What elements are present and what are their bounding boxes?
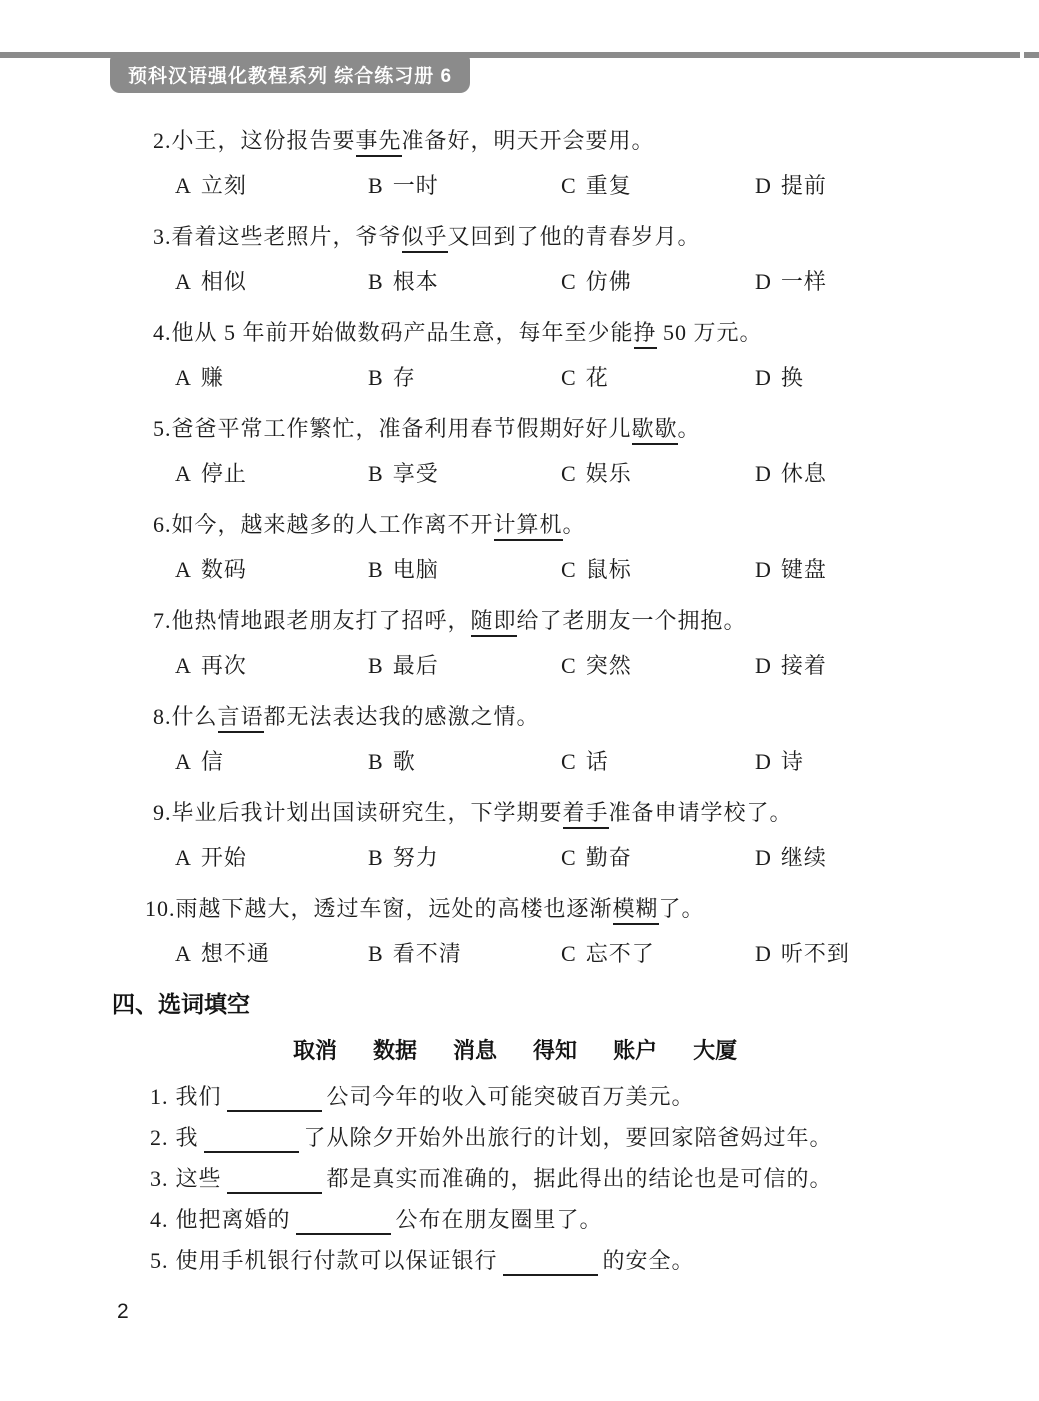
question-item: 10.雨越下越大，透过车窗，远处的高楼也逐渐模糊了。 A想不通 B看不清 C忘不… bbox=[153, 894, 1039, 969]
item-number: 1. bbox=[150, 1084, 169, 1109]
option-letter: A bbox=[175, 845, 192, 870]
item-text-pre: 这些 bbox=[176, 1166, 222, 1191]
option-text: 存 bbox=[393, 365, 416, 390]
item-text-post: 公司今年的收入可能突破百万美元。 bbox=[327, 1084, 695, 1109]
question-number: 8. bbox=[153, 704, 172, 729]
stem-text-pre: 小王，这份报告要 bbox=[172, 128, 356, 153]
option-letter: A bbox=[175, 269, 192, 294]
underlined-word: 着手 bbox=[563, 800, 609, 829]
options-row: A立刻 B一时 C重复 D提前 bbox=[175, 171, 1039, 201]
option-letter: A bbox=[175, 653, 192, 678]
item-number: 5. bbox=[150, 1248, 169, 1273]
word-bank-item: 账户 bbox=[613, 1038, 657, 1064]
option-text: 提前 bbox=[781, 173, 827, 198]
underlined-word: 歇歇 bbox=[632, 416, 678, 445]
word-bank-item: 数据 bbox=[373, 1038, 417, 1064]
option-c: C勤奋 bbox=[561, 843, 755, 873]
question-item: 2.小王，这份报告要事先准备好，明天开会要用。 A立刻 B一时 C重复 D提前 bbox=[153, 126, 1039, 201]
underlined-word: 事先 bbox=[356, 128, 402, 157]
option-letter: D bbox=[755, 749, 772, 774]
stem-text-post: 了。 bbox=[659, 896, 705, 921]
option-letter: D bbox=[755, 173, 772, 198]
option-c: C娱乐 bbox=[561, 459, 755, 489]
option-letter: B bbox=[368, 749, 384, 774]
option-letter: C bbox=[561, 269, 577, 294]
item-text-post: 了从除夕开始外出旅行的计划，要回家陪爸妈过年。 bbox=[304, 1125, 833, 1150]
word-bank-item: 大厦 bbox=[693, 1038, 737, 1064]
stem-text-post: 准备好，明天开会要用。 bbox=[402, 128, 655, 153]
stem-text-pre: 如今，越来越多的人工作离不开 bbox=[172, 512, 494, 537]
option-d: D休息 bbox=[755, 459, 1039, 489]
option-text: 开始 bbox=[201, 845, 247, 870]
question-item: 5.爸爸平常工作繁忙，准备利用春节假期好好儿歇歇。 A停止 B享受 C娱乐 D休… bbox=[153, 414, 1039, 489]
option-text: 突然 bbox=[586, 653, 632, 678]
item-number: 3. bbox=[150, 1166, 169, 1191]
option-letter: D bbox=[755, 845, 772, 870]
question-stem: 7.他热情地跟老朋友打了招呼，随即给了老朋友一个拥抱。 bbox=[153, 606, 1039, 636]
option-letter: D bbox=[755, 269, 772, 294]
option-b: B存 bbox=[368, 363, 561, 393]
option-text: 电脑 bbox=[393, 557, 439, 582]
option-text: 诗 bbox=[781, 749, 804, 774]
option-a: A停止 bbox=[175, 459, 368, 489]
question-number: 4. bbox=[153, 320, 172, 345]
option-text: 看不清 bbox=[393, 941, 462, 966]
option-text: 数码 bbox=[201, 557, 247, 582]
option-b: B努力 bbox=[368, 843, 561, 873]
series-title-badge: 预科汉语强化教程系列 综合练习册 6 bbox=[110, 55, 470, 93]
option-letter: D bbox=[755, 365, 772, 390]
option-text: 想不通 bbox=[201, 941, 270, 966]
stem-text-pre: 看着这些老照片，爷爷 bbox=[172, 224, 402, 249]
item-text-pre: 我们 bbox=[176, 1084, 222, 1109]
underlined-word: 似乎 bbox=[402, 224, 448, 253]
option-text: 鼠标 bbox=[586, 557, 632, 582]
item-text-post: 公布在朋友圈里了。 bbox=[396, 1207, 603, 1232]
question-number: 5. bbox=[153, 416, 172, 441]
item-text-post: 都是真实而准确的，据此得出的结论也是可信的。 bbox=[327, 1166, 833, 1191]
underlined-word: 言语 bbox=[218, 704, 264, 733]
option-letter: A bbox=[175, 557, 192, 582]
item-text-pre: 使用手机银行付款可以保证银行 bbox=[176, 1248, 498, 1273]
option-letter: C bbox=[561, 365, 577, 390]
stem-text-pre: 什么 bbox=[172, 704, 218, 729]
question-number: 6. bbox=[153, 512, 172, 537]
question-item: 7.他热情地跟老朋友打了招呼，随即给了老朋友一个拥抱。 A再次 B最后 C突然 … bbox=[153, 606, 1039, 681]
option-d: D接着 bbox=[755, 651, 1039, 681]
option-d: D提前 bbox=[755, 171, 1039, 201]
question-item: 3.看着这些老照片，爷爷似乎又回到了他的青春岁月。 A相似 B根本 C仿佛 D一… bbox=[153, 222, 1039, 297]
question-stem: 3.看着这些老照片，爷爷似乎又回到了他的青春岁月。 bbox=[153, 222, 1039, 252]
option-c: C突然 bbox=[561, 651, 755, 681]
option-text: 停止 bbox=[201, 461, 247, 486]
question-number: 3. bbox=[153, 224, 172, 249]
stem-text-post: 都无法表达我的感激之情。 bbox=[264, 704, 540, 729]
option-letter: C bbox=[561, 461, 577, 486]
option-a: A数码 bbox=[175, 555, 368, 585]
option-d: D键盘 bbox=[755, 555, 1039, 585]
word-bank-item: 得知 bbox=[533, 1038, 577, 1064]
item-text-pre: 他把离婚的 bbox=[176, 1207, 291, 1232]
stem-text-post: 。 bbox=[563, 512, 586, 537]
question-stem: 9.毕业后我计划出国读研究生，下学期要着手准备申请学校了。 bbox=[153, 798, 1039, 828]
option-letter: C bbox=[561, 173, 577, 198]
options-row: A相似 B根本 C仿佛 D一样 bbox=[175, 267, 1039, 297]
fill-in-items: 1.我们公司今年的收入可能突破百万美元。 2.我了从除夕开始外出旅行的计划，要回… bbox=[150, 1076, 1039, 1281]
page-number: 2 bbox=[117, 1300, 129, 1324]
option-a: A信 bbox=[175, 747, 368, 777]
option-text: 最后 bbox=[393, 653, 439, 678]
series-title-label: 预科汉语强化教程系列 综合练习册 6 bbox=[128, 61, 452, 88]
word-bank-item: 消息 bbox=[453, 1038, 497, 1064]
option-c: C话 bbox=[561, 747, 755, 777]
option-b: B享受 bbox=[368, 459, 561, 489]
item-text-post: 的安全。 bbox=[603, 1248, 695, 1273]
option-letter: B bbox=[368, 653, 384, 678]
fill-item: 1.我们公司今年的收入可能突破百万美元。 bbox=[150, 1076, 1039, 1117]
question-item: 4.他从 5 年前开始做数码产品生意，每年至少能挣 50 万元。 A赚 B存 C… bbox=[153, 318, 1039, 393]
options-row: A想不通 B看不清 C忘不了 D听不到 bbox=[175, 939, 1039, 969]
option-letter: B bbox=[368, 365, 384, 390]
option-letter: C bbox=[561, 941, 577, 966]
option-text: 勤奋 bbox=[586, 845, 632, 870]
option-letter: B bbox=[368, 845, 384, 870]
stem-text-post: 准备申请学校了。 bbox=[609, 800, 793, 825]
options-row: A再次 B最后 C突然 D接着 bbox=[175, 651, 1039, 681]
option-b: B电脑 bbox=[368, 555, 561, 585]
stem-text-pre: 他从 5 年前开始做数码产品生意，每年至少能 bbox=[172, 320, 634, 345]
option-a: A立刻 bbox=[175, 171, 368, 201]
question-item: 8.什么言语都无法表达我的感激之情。 A信 B歌 C话 D诗 bbox=[153, 702, 1039, 777]
option-c: C重复 bbox=[561, 171, 755, 201]
question-stem: 6.如今，越来越多的人工作离不开计算机。 bbox=[153, 510, 1039, 540]
option-text: 键盘 bbox=[781, 557, 827, 582]
option-letter: A bbox=[175, 173, 192, 198]
answer-blank bbox=[227, 1102, 322, 1112]
option-text: 信 bbox=[201, 749, 224, 774]
stem-text-post: 。 bbox=[678, 416, 701, 441]
option-a: A相似 bbox=[175, 267, 368, 297]
option-b: B最后 bbox=[368, 651, 561, 681]
option-a: A想不通 bbox=[175, 939, 368, 969]
underlined-word: 随即 bbox=[471, 608, 517, 637]
question-stem: 10.雨越下越大，透过车窗，远处的高楼也逐渐模糊了。 bbox=[145, 894, 1039, 924]
option-letter: D bbox=[755, 941, 772, 966]
item-number: 2. bbox=[150, 1125, 169, 1150]
answer-blank bbox=[204, 1143, 299, 1153]
option-letter: C bbox=[561, 749, 577, 774]
option-d: D诗 bbox=[755, 747, 1039, 777]
stem-text-pre: 他热情地跟老朋友打了招呼， bbox=[172, 608, 471, 633]
option-letter: D bbox=[755, 461, 772, 486]
options-row: A停止 B享受 C娱乐 D休息 bbox=[175, 459, 1039, 489]
stem-text-pre: 雨越下越大，透过车窗，远处的高楼也逐渐 bbox=[176, 896, 613, 921]
item-number: 4. bbox=[150, 1207, 169, 1232]
options-row: A开始 B努力 C勤奋 D继续 bbox=[175, 843, 1039, 873]
option-b: B歌 bbox=[368, 747, 561, 777]
option-text: 歌 bbox=[393, 749, 416, 774]
option-letter: C bbox=[561, 845, 577, 870]
option-d: D继续 bbox=[755, 843, 1039, 873]
options-row: A数码 B电脑 C鼠标 D键盘 bbox=[175, 555, 1039, 585]
option-text: 话 bbox=[586, 749, 609, 774]
fill-item: 5.使用手机银行付款可以保证银行的安全。 bbox=[150, 1240, 1039, 1281]
page-content: 2.小王，这份报告要事先准备好，明天开会要用。 A立刻 B一时 C重复 D提前 … bbox=[0, 126, 1039, 1281]
option-letter: A bbox=[175, 749, 192, 774]
question-item: 9.毕业后我计划出国读研究生，下学期要着手准备申请学校了。 A开始 B努力 C勤… bbox=[153, 798, 1039, 873]
question-number: 7. bbox=[153, 608, 172, 633]
fill-item: 4.他把离婚的公布在朋友圈里了。 bbox=[150, 1199, 1039, 1240]
question-number: 9. bbox=[153, 800, 172, 825]
option-letter: A bbox=[175, 941, 192, 966]
stem-text-pre: 毕业后我计划出国读研究生，下学期要 bbox=[172, 800, 563, 825]
option-a: A赚 bbox=[175, 363, 368, 393]
option-b: B根本 bbox=[368, 267, 561, 297]
option-text: 享受 bbox=[393, 461, 439, 486]
option-letter: B bbox=[368, 557, 384, 582]
section-four-heading: 四、选词填空 bbox=[112, 990, 1039, 1018]
underlined-word: 模糊 bbox=[613, 896, 659, 925]
mcq-section: 2.小王，这份报告要事先准备好，明天开会要用。 A立刻 B一时 C重复 D提前 … bbox=[0, 126, 1039, 969]
option-c: C花 bbox=[561, 363, 755, 393]
option-text: 继续 bbox=[781, 845, 827, 870]
question-stem: 4.他从 5 年前开始做数码产品生意，每年至少能挣 50 万元。 bbox=[153, 318, 1039, 348]
option-text: 仿佛 bbox=[586, 269, 632, 294]
answer-blank bbox=[227, 1184, 322, 1194]
option-letter: B bbox=[368, 461, 384, 486]
option-b: B看不清 bbox=[368, 939, 561, 969]
answer-blank bbox=[503, 1266, 598, 1276]
item-text-pre: 我 bbox=[176, 1125, 199, 1150]
option-letter: D bbox=[755, 557, 772, 582]
option-letter: C bbox=[561, 557, 577, 582]
option-d: D换 bbox=[755, 363, 1039, 393]
option-letter: C bbox=[561, 653, 577, 678]
stem-text-post: 50 万元。 bbox=[657, 320, 763, 345]
option-a: A再次 bbox=[175, 651, 368, 681]
option-d: D一样 bbox=[755, 267, 1039, 297]
underlined-word: 挣 bbox=[634, 320, 657, 349]
option-text: 一样 bbox=[781, 269, 827, 294]
option-letter: B bbox=[368, 941, 384, 966]
word-bank: 取消 数据 消息 得知 账户 大厦 bbox=[293, 1038, 1039, 1064]
fill-item: 2.我了从除夕开始外出旅行的计划，要回家陪爸妈过年。 bbox=[150, 1117, 1039, 1158]
option-text: 接着 bbox=[781, 653, 827, 678]
option-b: B一时 bbox=[368, 171, 561, 201]
option-c: C忘不了 bbox=[561, 939, 755, 969]
option-text: 娱乐 bbox=[586, 461, 632, 486]
option-c: C鼠标 bbox=[561, 555, 755, 585]
options-row: A信 B歌 C话 D诗 bbox=[175, 747, 1039, 777]
option-a: A开始 bbox=[175, 843, 368, 873]
question-stem: 8.什么言语都无法表达我的感激之情。 bbox=[153, 702, 1039, 732]
question-number: 10. bbox=[145, 896, 176, 921]
option-text: 根本 bbox=[393, 269, 439, 294]
option-letter: A bbox=[175, 461, 192, 486]
option-text: 赚 bbox=[201, 365, 224, 390]
word-bank-item: 取消 bbox=[293, 1038, 337, 1064]
question-item: 6.如今，越来越多的人工作离不开计算机。 A数码 B电脑 C鼠标 D键盘 bbox=[153, 510, 1039, 585]
stem-text-pre: 爸爸平常工作繁忙，准备利用春节假期好好儿 bbox=[172, 416, 632, 441]
option-d: D听不到 bbox=[755, 939, 1039, 969]
option-text: 换 bbox=[781, 365, 804, 390]
option-text: 努力 bbox=[393, 845, 439, 870]
question-number: 2. bbox=[153, 128, 172, 153]
option-text: 忘不了 bbox=[586, 941, 655, 966]
option-letter: B bbox=[368, 173, 384, 198]
underlined-word: 计算机 bbox=[494, 512, 563, 541]
option-c: C仿佛 bbox=[561, 267, 755, 297]
options-row: A赚 B存 C花 D换 bbox=[175, 363, 1039, 393]
option-text: 休息 bbox=[781, 461, 827, 486]
option-text: 相似 bbox=[201, 269, 247, 294]
question-stem: 2.小王，这份报告要事先准备好，明天开会要用。 bbox=[153, 126, 1039, 156]
stem-text-post: 又回到了他的青春岁月。 bbox=[448, 224, 701, 249]
option-letter: D bbox=[755, 653, 772, 678]
answer-blank bbox=[296, 1225, 391, 1235]
question-stem: 5.爸爸平常工作繁忙，准备利用春节假期好好儿歇歇。 bbox=[153, 414, 1039, 444]
stem-text-post: 给了老朋友一个拥抱。 bbox=[517, 608, 747, 633]
option-text: 花 bbox=[586, 365, 609, 390]
fill-item: 3.这些都是真实而准确的，据此得出的结论也是可信的。 bbox=[150, 1158, 1039, 1199]
header-bar-notch bbox=[1020, 52, 1024, 58]
option-text: 再次 bbox=[201, 653, 247, 678]
option-letter: B bbox=[368, 269, 384, 294]
option-letter: A bbox=[175, 365, 192, 390]
option-text: 一时 bbox=[393, 173, 439, 198]
option-text: 听不到 bbox=[781, 941, 850, 966]
option-text: 重复 bbox=[586, 173, 632, 198]
option-text: 立刻 bbox=[201, 173, 247, 198]
